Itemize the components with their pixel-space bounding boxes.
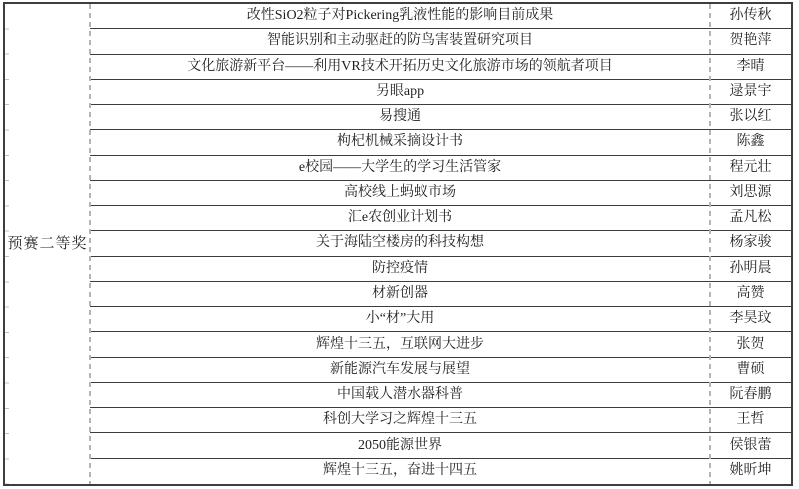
winner-name: 孙明晨	[730, 262, 772, 276]
project-cell[interactable]: 科创大学习之辉煌十三五	[90, 408, 710, 433]
project-title: 高校线上蚂蚁市场	[344, 186, 456, 200]
winner-name: 张贺	[737, 338, 765, 352]
project-cell[interactable]: 智能识别和主动驱赶的防鸟害装置研究项目	[90, 29, 710, 54]
winner-name: 孟凡松	[730, 211, 772, 225]
award-group-cell[interactable]: 预赛二等奖	[5, 4, 90, 484]
project-cell[interactable]: 关于海陆空楼房的科技构想	[90, 231, 710, 256]
winner-name-cell[interactable]: 高赞	[710, 282, 791, 307]
project-title: 小“材”大用	[366, 312, 434, 326]
winner-name-cell[interactable]: 刘思源	[710, 181, 791, 206]
project-cell[interactable]: 另眼app	[90, 80, 710, 105]
project-cell[interactable]: 高校线上蚂蚁市场	[90, 181, 710, 206]
winner-name: 杨家骏	[730, 236, 772, 250]
winner-name-cell[interactable]: 孟凡松	[710, 206, 791, 231]
winner-name-cell[interactable]: 陈鑫	[710, 130, 791, 155]
project-cell[interactable]: 改性SiO2粒子对Pickering乳液性能的影响目前成果	[90, 4, 710, 29]
winner-name-cell[interactable]: 阮春鹏	[710, 383, 791, 408]
winner-name: 王哲	[737, 413, 765, 427]
project-title: 改性SiO2粒子对Pickering乳液性能的影响目前成果	[247, 9, 553, 23]
winner-name-cell[interactable]: 张贺	[710, 332, 791, 357]
winner-name: 李昊玟	[730, 312, 772, 326]
project-cell[interactable]: 中国载人潜水器科普	[90, 383, 710, 408]
project-cell[interactable]: e校园——大学生的学习生活管家	[90, 156, 710, 181]
winner-name: 张以红	[730, 110, 772, 124]
project-title: 另眼app	[376, 85, 424, 99]
winner-name-cell[interactable]: 孙明晨	[710, 257, 791, 282]
project-title: 文化旅游新平台——利用VR技术开拓历史文化旅游市场的领航者项目	[187, 60, 612, 74]
winner-name-cell[interactable]: 曹硕	[710, 358, 791, 383]
project-title: 新能源汽车发展与展望	[330, 363, 470, 377]
project-cell[interactable]: 辉煌十三五，奋进十四五	[90, 459, 710, 484]
winner-name-cell[interactable]: 李昊玟	[710, 307, 791, 332]
project-cell[interactable]: 小“材”大用	[90, 307, 710, 332]
winner-name: 逯景宇	[730, 85, 772, 99]
winner-name: 刘思源	[730, 186, 772, 200]
winner-name: 阮春鹏	[730, 388, 772, 402]
winner-name-cell[interactable]: 逯景宇	[710, 80, 791, 105]
winner-name-cell[interactable]: 贺艳萍	[710, 29, 791, 54]
winner-name: 陈鑫	[737, 135, 765, 149]
project-cell[interactable]: 汇e农创业计划书	[90, 206, 710, 231]
project-cell[interactable]: 易搜通	[90, 105, 710, 130]
winner-name-cell[interactable]: 杨家骏	[710, 231, 791, 256]
project-title: 辉煌十三五，奋进十四五	[323, 464, 477, 478]
winner-name-cell[interactable]: 李晴	[710, 55, 791, 80]
project-title: 关于海陆空楼房的科技构想	[316, 236, 484, 250]
winner-name-cell[interactable]: 姚昕坤	[710, 459, 791, 484]
award-group-label: 预赛二等奖	[7, 237, 87, 252]
winner-name: 侯银蕾	[730, 439, 772, 453]
project-cell[interactable]: 枸杞机械采摘设计书	[90, 130, 710, 155]
project-cell[interactable]: 材新创器	[90, 282, 710, 307]
winner-name: 曹硕	[737, 363, 765, 377]
spreadsheet-region: 预赛二等奖 改性SiO2粒子对Pickering乳液性能的影响目前成果 孙传秋 …	[0, 0, 799, 489]
winner-name: 程元壮	[730, 161, 772, 175]
project-title: 中国载人潜水器科普	[337, 388, 463, 402]
project-cell[interactable]: 辉煌十三五，互联网大进步	[90, 332, 710, 357]
winner-name: 李晴	[737, 60, 765, 74]
winner-name: 孙传秋	[730, 9, 772, 23]
winner-name-cell[interactable]: 王哲	[710, 408, 791, 433]
winner-name: 贺艳萍	[730, 34, 772, 48]
winner-name-cell[interactable]: 侯银蕾	[710, 433, 791, 458]
project-title: 材新创器	[372, 287, 428, 301]
project-cell[interactable]: 防控疫情	[90, 257, 710, 282]
project-title: 智能识别和主动驱赶的防鸟害装置研究项目	[267, 34, 533, 48]
project-cell[interactable]: 文化旅游新平台——利用VR技术开拓历史文化旅游市场的领航者项目	[90, 55, 710, 80]
project-title: 2050能源世界	[358, 439, 442, 453]
project-title: 科创大学习之辉煌十三五	[323, 413, 477, 427]
winner-name-cell[interactable]: 张以红	[710, 105, 791, 130]
project-cell[interactable]: 2050能源世界	[90, 433, 710, 458]
winner-name-cell[interactable]: 孙传秋	[710, 4, 791, 29]
project-title: 防控疫情	[372, 262, 428, 276]
winner-name: 高赞	[737, 287, 765, 301]
project-title: 辉煌十三五，互联网大进步	[316, 338, 484, 352]
project-title: 易搜通	[379, 110, 421, 124]
project-title: 枸杞机械采摘设计书	[337, 135, 463, 149]
project-cell[interactable]: 新能源汽车发展与展望	[90, 358, 710, 383]
winner-name-cell[interactable]: 程元壮	[710, 156, 791, 181]
project-title: e校园——大学生的学习生活管家	[299, 161, 501, 175]
project-title: 汇e农创业计划书	[348, 211, 452, 225]
awards-table: 预赛二等奖 改性SiO2粒子对Pickering乳液性能的影响目前成果 孙传秋 …	[3, 2, 793, 486]
winner-name: 姚昕坤	[730, 464, 772, 478]
